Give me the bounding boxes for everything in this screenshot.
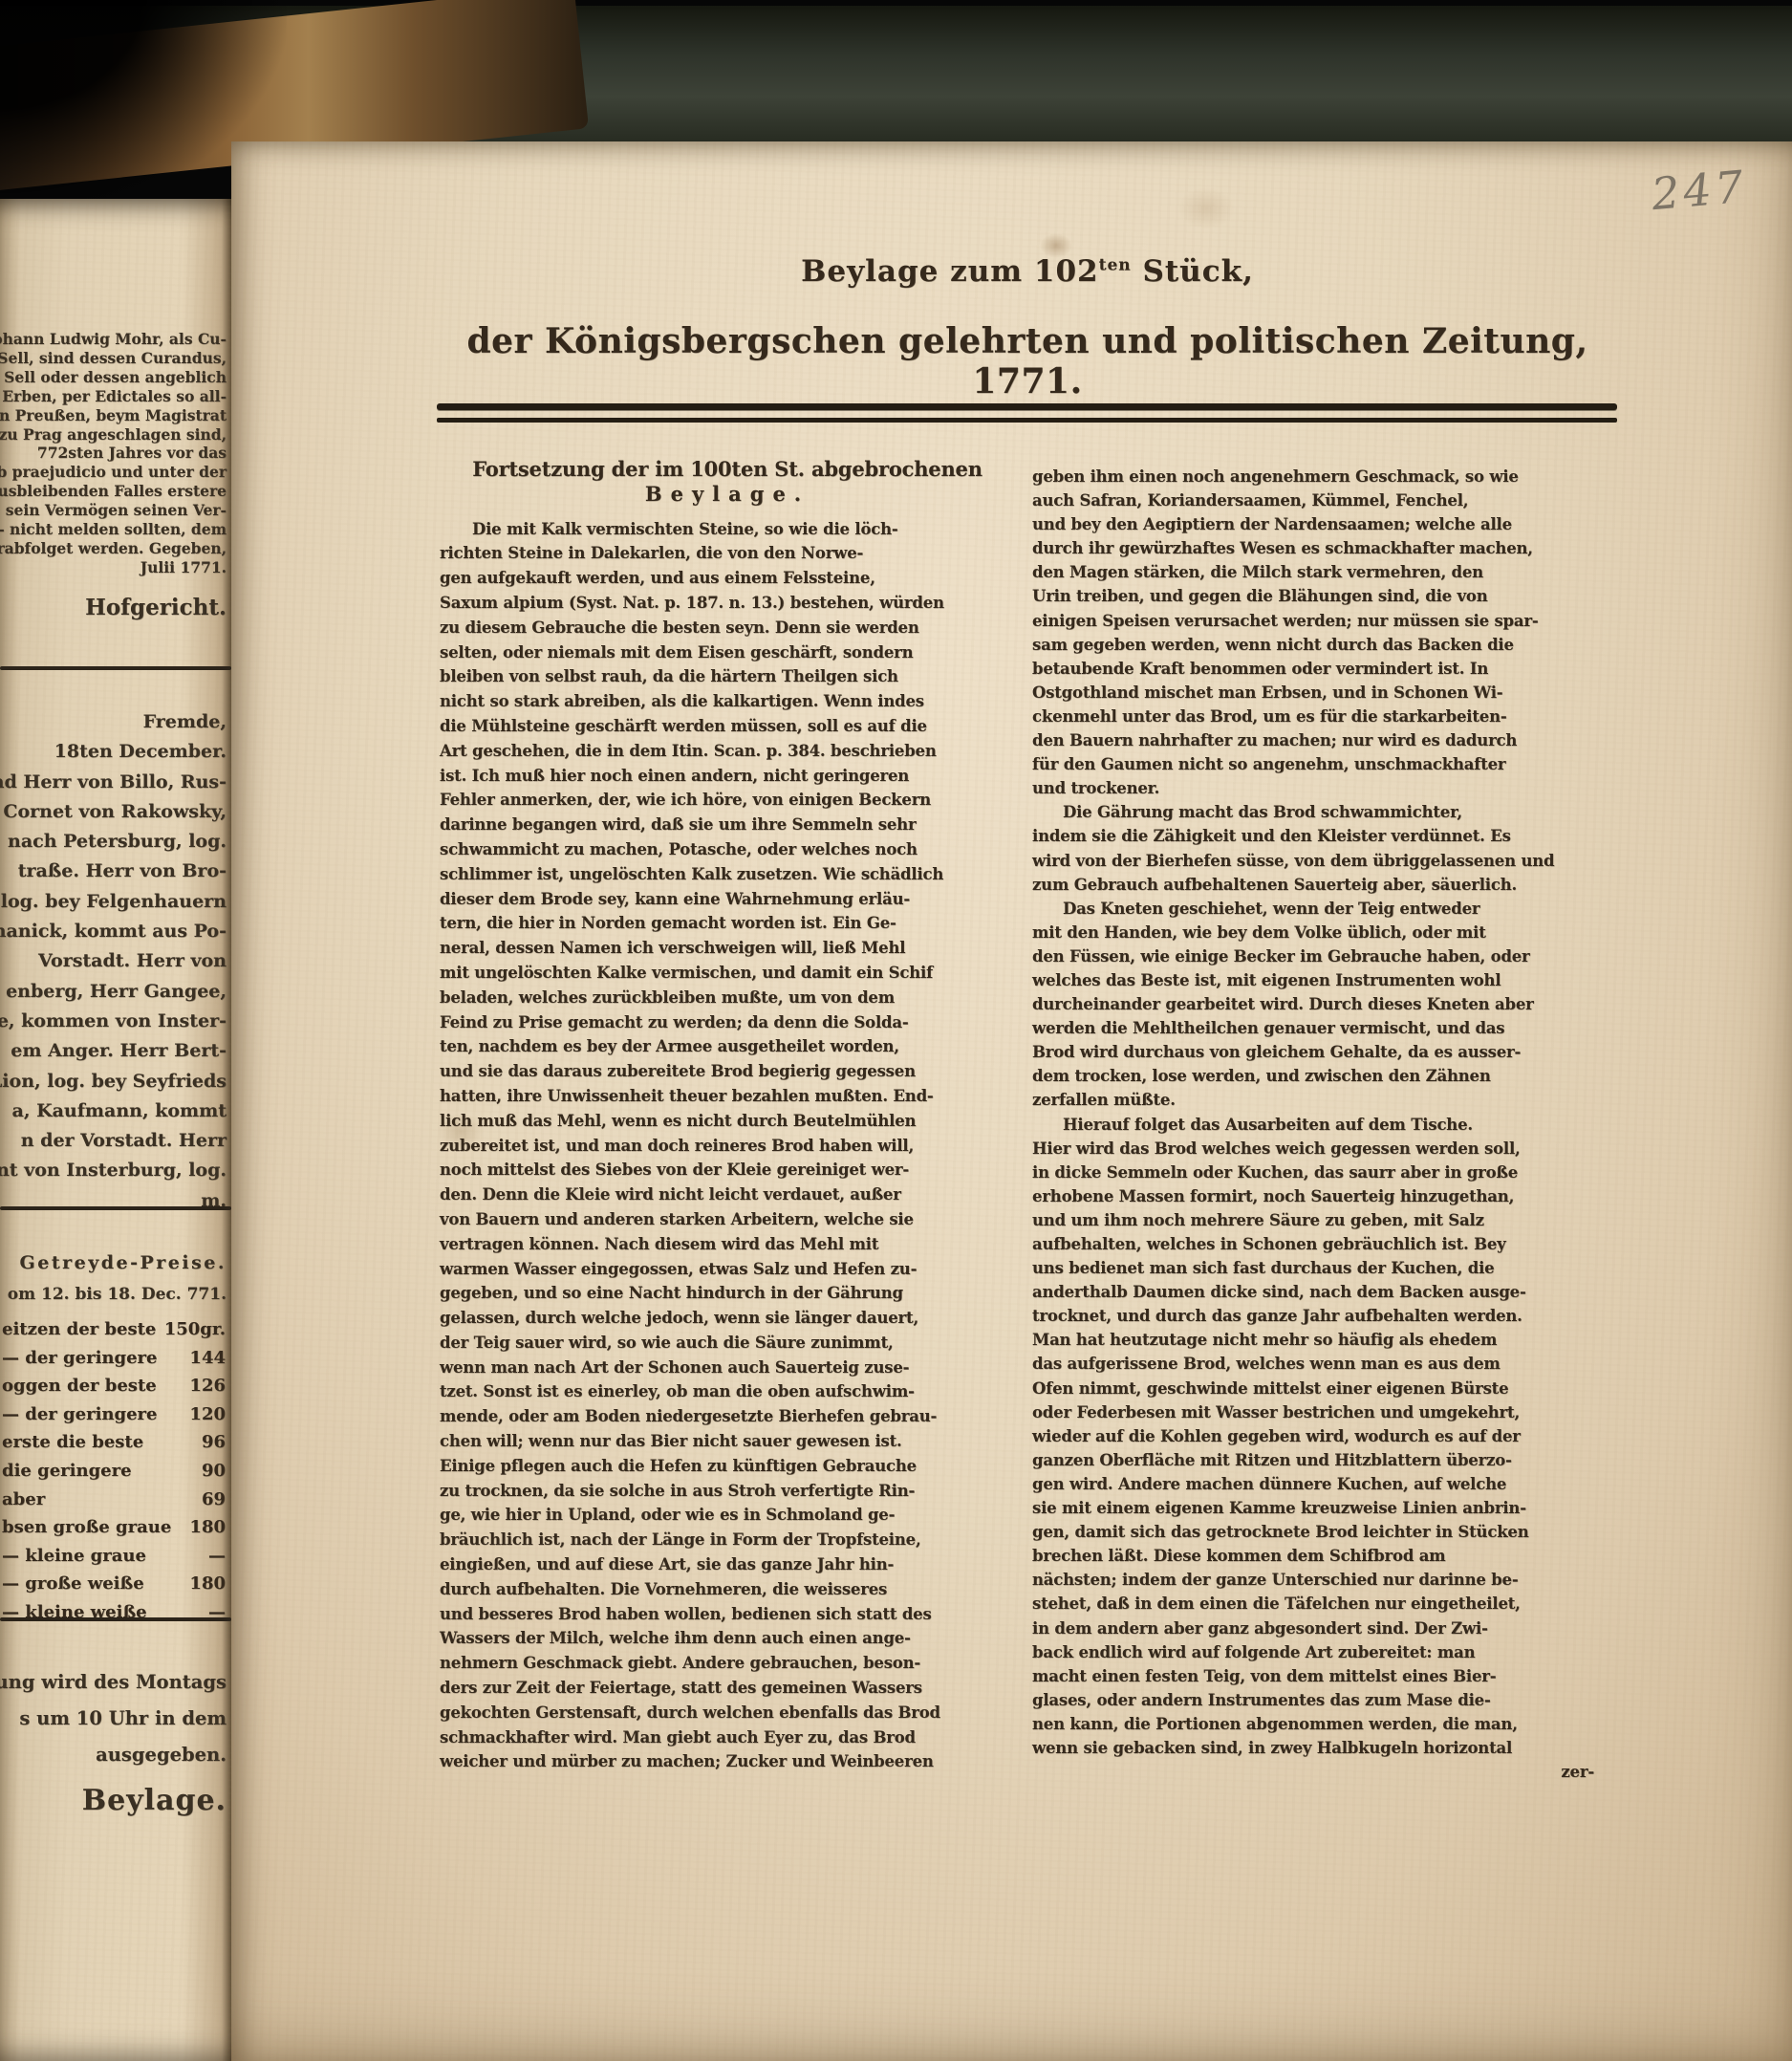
section-rule [0, 1617, 231, 1621]
price-value: 90 [202, 1461, 226, 1481]
body-paragraph: Die Gährung macht das Brod schwammichter… [1032, 800, 1621, 896]
column-right: geben ihm einen noch angenehmern Geschma… [1032, 465, 1621, 1784]
body-paragraph: Die mit Kalk vermischten Steine, so wie … [440, 517, 1015, 1775]
price-value: — [208, 1546, 226, 1566]
main-page: Beylage zum 102ten Stück, der Königsberg… [231, 141, 1792, 2061]
price-label: — der geringere [2, 1404, 157, 1424]
fragment-beylage-word: Beylage. [0, 1784, 227, 1817]
masthead-issue-text: Beylage zum 102 [801, 254, 1098, 289]
fragment-legal-notice: Johann Ludwig Mohr, als Cu- n Sell, sind… [0, 330, 227, 577]
price-value: 180 [189, 1517, 226, 1537]
price-value: 180 [189, 1573, 226, 1594]
body-paragraph: geben ihm einen noch angenehmern Geschma… [1032, 465, 1621, 800]
grain-price-row: — der geringere 144 [2, 1348, 226, 1377]
masthead-double-rule-top [437, 403, 1617, 410]
grain-price-row: oggen der beste 126 [2, 1376, 226, 1404]
fragment-hofgericht: Hofgericht. [0, 595, 227, 620]
price-label: — große weiße [2, 1573, 144, 1594]
masthead-double-rule-bottom [437, 418, 1617, 423]
price-value: 69 [202, 1489, 226, 1509]
masthead-issue-line: Beylage zum 102ten Stück, [440, 254, 1615, 289]
price-label: die geringere [2, 1461, 132, 1481]
previous-page-edge: Johann Ludwig Mohr, als Cu- n Sell, sind… [0, 199, 231, 2061]
grain-price-row: — der geringere 120 [2, 1404, 226, 1433]
price-value: 150gr. [164, 1319, 226, 1339]
continuation-heading: Fortsetzung der im 100ten St. abgebroche… [440, 457, 1015, 482]
grain-price-row: — große weiße 180 [2, 1573, 226, 1602]
price-label: erste die beste [2, 1432, 143, 1452]
price-value: 126 [189, 1376, 226, 1396]
grain-price-row: erste die beste 96 [2, 1432, 226, 1461]
paper-stain [1177, 187, 1235, 229]
book-scan: Johann Ludwig Mohr, als Cu- n Sell, sind… [0, 0, 1792, 2061]
handwritten-folio-number: 247 [1650, 161, 1749, 220]
price-label: aber [2, 1489, 45, 1509]
body-paragraph: Hierauf folget das Ausarbeiten auf dem T… [1032, 1113, 1621, 1761]
fragment-fremde-arrivals: Fremde, 18ten December. nd Herr von Bill… [0, 707, 227, 1216]
price-value: 144 [189, 1348, 226, 1368]
section-rule [0, 666, 231, 670]
grain-price-row: die geringere 90 [2, 1461, 226, 1489]
body-paragraph: Das Kneten geschiehet, wenn der Teig ent… [1032, 897, 1621, 1113]
masthead-ordinal-superscript: ten [1099, 256, 1132, 275]
masthead-title: der Königsbergschen gelehrten und politi… [440, 321, 1615, 401]
grain-prices-subtitle: om 12. bis 18. Dec. 771. [0, 1285, 227, 1304]
continuation-heading-beylage: Beylage. [440, 482, 1015, 507]
price-label: — der geringere [2, 1348, 157, 1368]
price-value: 120 [189, 1404, 226, 1424]
price-value: 96 [202, 1432, 226, 1452]
grain-price-row: — kleine graue — [2, 1546, 226, 1574]
catchword: zer- [1032, 1760, 1621, 1784]
masthead-issue-tail: Stück, [1132, 254, 1254, 289]
grain-price-row: bsen große graue 180 [2, 1517, 226, 1546]
grain-price-table: eitzen der beste 150gr. — der geringere … [2, 1319, 226, 1631]
section-rule [0, 1206, 231, 1210]
price-label: eitzen der beste [2, 1319, 156, 1339]
price-label: — kleine graue [2, 1546, 146, 1566]
price-label: oggen der beste [2, 1376, 157, 1396]
grain-price-row: eitzen der beste 150gr. [2, 1319, 226, 1348]
grain-prices-heading: Getreyde-Preise. [0, 1252, 227, 1273]
fragment-publication-note: itung wird des Montags s um 10 Uhr in de… [0, 1664, 227, 1773]
grain-price-row: — kleine weiße — [2, 1602, 226, 1631]
column-left: Fortsetzung der im 100ten St. abgebroche… [440, 457, 1015, 1774]
price-label: bsen große graue [2, 1517, 171, 1537]
grain-price-row: aber 69 [2, 1489, 226, 1518]
